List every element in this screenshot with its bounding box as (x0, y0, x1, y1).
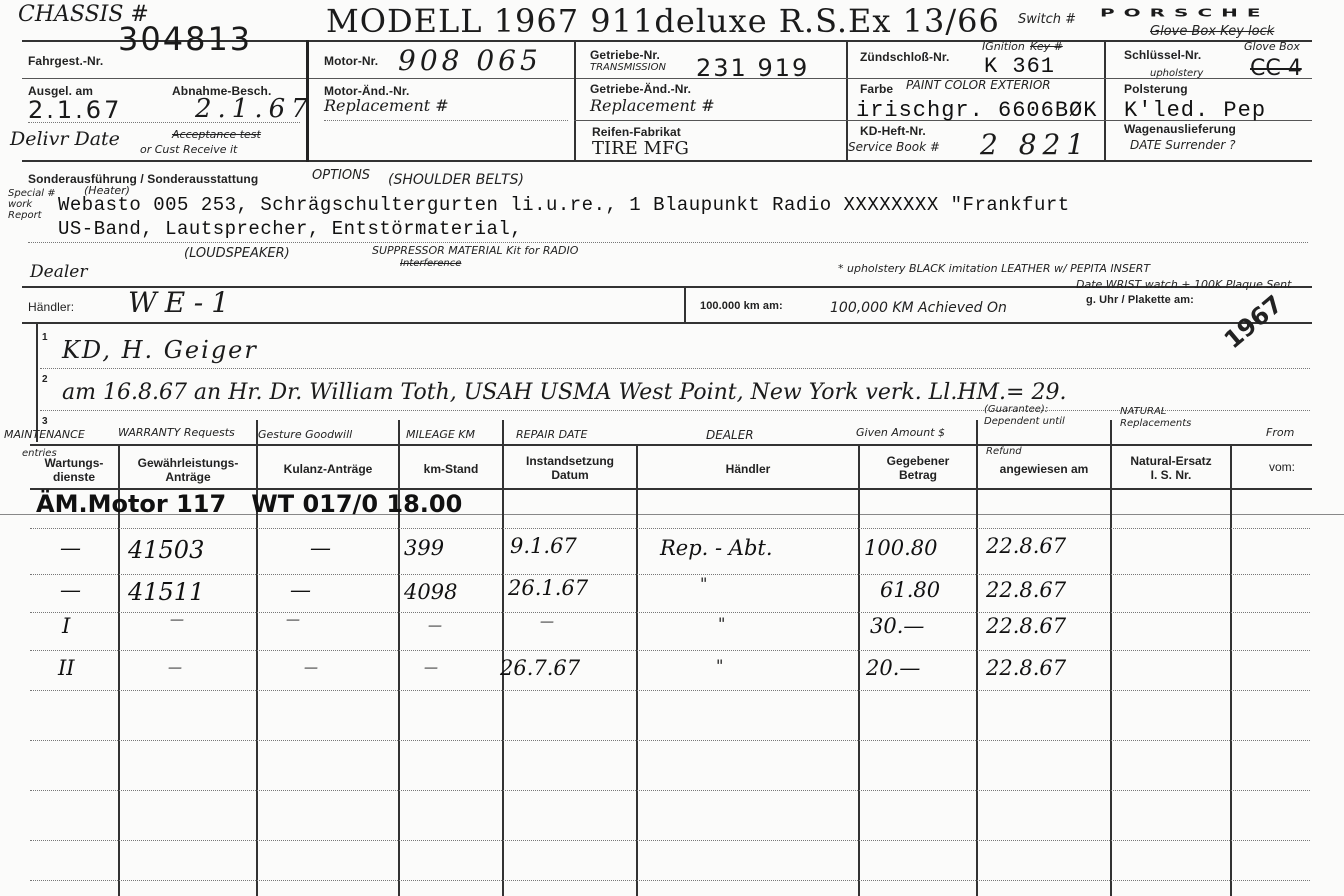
upholstery-note: upholstery (1150, 68, 1203, 79)
col-header-vom: vom: (1232, 460, 1332, 474)
annotation-dependent: (Guarantee): Dependent until (984, 404, 1104, 428)
key-struck-note: Key # (1030, 40, 1063, 53)
zuendschloss-label: Zündschloß-Nr. (860, 50, 949, 64)
polsterung-value: K'led. Pep (1124, 98, 1266, 123)
col-header-gewaehrleistung: Gewährleistungs- Anträge (120, 456, 256, 484)
paint-color-note: PAINT COLOR EXTERIOR (906, 78, 1051, 92)
reifen-note: TIRE MFG (592, 138, 689, 159)
transmission-note: TRANSMISSION (590, 62, 666, 73)
annotation-mileage: MILEAGE KM (406, 428, 475, 441)
schluessel-label: Schlüssel-Nr. (1124, 48, 1201, 62)
getriebe-nr-label: Getriebe-Nr. (590, 48, 660, 62)
shoulder-belts-note: (SHOULDER BELTS) (388, 172, 524, 188)
suppressor-note: SUPPRESSOR MATERIAL Kit for RADIO (372, 244, 578, 257)
plakette-label: g. Uhr / Plakette am: (1086, 294, 1194, 306)
farbe-value: irischgr. 6606BØK (856, 98, 1097, 123)
annotation-goodwill: Gesture Goodwill (258, 428, 352, 441)
motor-nr-label: Motor-Nr. (324, 54, 378, 68)
annotation-given-amount: Given Amount $ (856, 426, 945, 439)
farbe-label: Farbe (860, 82, 893, 96)
kd-heft-label: KD-Heft-Nr. (860, 124, 926, 138)
options-line-1: Webasto 005 253, Schrägschultergurten li… (58, 194, 1070, 216)
remark-line-1-number: 1 (42, 332, 48, 343)
getriebe-aend-label: Getriebe-Änd.-Nr. (590, 82, 691, 96)
options-line-2: US-Band, Lautsprecher, Entstörmaterial, (58, 218, 522, 240)
getriebe-nr-value: 231 919 (696, 54, 809, 82)
haendler-value: WE-1 (128, 286, 237, 319)
porsche-logo: PORSCHE (1100, 6, 1270, 19)
col-header-wartungsdienste: Wartungs- dienste (30, 456, 118, 484)
model-title: MODELL 1967 911deluxe R.S.Ex 13/66 (326, 2, 1000, 40)
col-header-kulanz: Kulanz-Anträge (258, 462, 398, 476)
abnahme-value: 2.1.67 (195, 94, 314, 124)
wagenauslieferung-label: Wagenauslieferung (1124, 122, 1236, 136)
options-note: OPTIONS (312, 168, 370, 183)
upholstery-black-note: * upholstery BLACK imitation LEATHER w/ … (838, 262, 1150, 275)
getriebe-aend-note: Replacement # (590, 96, 715, 115)
motor-aend-note: Replacement # (324, 96, 449, 115)
date-surrender-note: DATE Surrender ? (1130, 138, 1236, 152)
col-header-angewiesen: angewiesen am (978, 462, 1110, 476)
loudspeaker-note: (LOUDSPEAKER) (184, 246, 290, 261)
col-header-haendler: Händler (638, 462, 858, 476)
col-header-betrag: Gegebener Betrag (860, 454, 976, 482)
glove-box-note: Glove Box (1244, 40, 1300, 53)
ignition-note: IGnition (982, 40, 1025, 53)
cust-receive-note: or Cust Receive it (140, 143, 237, 156)
annotation-natural: NATURAL Replacements (1120, 406, 1230, 430)
reifen-label: Reifen-Fabrikat (592, 125, 681, 139)
km100k-label: 100.000 km am: (700, 300, 783, 312)
remark-line-2-number: 2 (42, 374, 48, 385)
annotation-dealer: DEALER (706, 428, 754, 442)
plakette-note: Date WRIST watch + 100K Plaque Sent (1076, 278, 1291, 291)
interference-struck-note: Interference (400, 258, 461, 269)
special-work-note: Special # work Report (8, 188, 56, 221)
haendler-label: Händler: (28, 300, 74, 314)
refund-note: Refund (986, 446, 1022, 457)
fahrgest-value: 304813 (118, 20, 252, 58)
schluessel-value: CC 4 (1250, 56, 1302, 81)
entries-note: entries (22, 448, 57, 459)
remark-line-1: KD, H. Geiger (62, 336, 258, 364)
polsterung-label: Polsterung (1124, 82, 1188, 96)
zuendschloss-value: K 361 (984, 54, 1055, 79)
annotation-from: From (1266, 426, 1294, 439)
annotation-warranty: WARRANTY Requests (118, 426, 235, 439)
remark-line-3-number: 3 (42, 416, 48, 427)
fahrgest-label: Fahrgest.-Nr. (28, 54, 103, 68)
col-header-km-stand: km-Stand (400, 462, 502, 476)
acceptance-struck-note: Acceptance test (172, 128, 261, 141)
col-header-natural-ersatz: Natural-Ersatz I. S. Nr. (1112, 454, 1230, 482)
options-label: Sonderausführung / Sonderausstattung (28, 172, 258, 186)
motor-nr-value: 908 065 (398, 44, 542, 77)
annotation-maintenance: MAINTENANCE (4, 428, 85, 441)
stamp-row: ÄM.Motor 117 WT 017/0 18.00 (36, 490, 462, 518)
delivery-date-note: Delivr Date (10, 128, 120, 150)
annotation-repair-date: REPAIR DATE (516, 428, 587, 441)
kd-heft-value: 2 821 (980, 128, 1090, 161)
ausgel-value: 2.1.67 (28, 96, 122, 124)
remark-line-2: am 16.8.67 an Hr. Dr. William Toth, USAH… (62, 380, 1066, 405)
dealer-note: Dealer (30, 262, 87, 282)
col-header-instandsetzung: Instandsetzung Datum (504, 454, 636, 482)
schluessel-struck-note: Glove Box Key lock (1150, 24, 1274, 39)
service-book-note: Service Book # (848, 140, 940, 154)
switch-note: Switch # (1018, 12, 1076, 27)
km100k-note: 100,000 KM Achieved On (830, 300, 1007, 316)
